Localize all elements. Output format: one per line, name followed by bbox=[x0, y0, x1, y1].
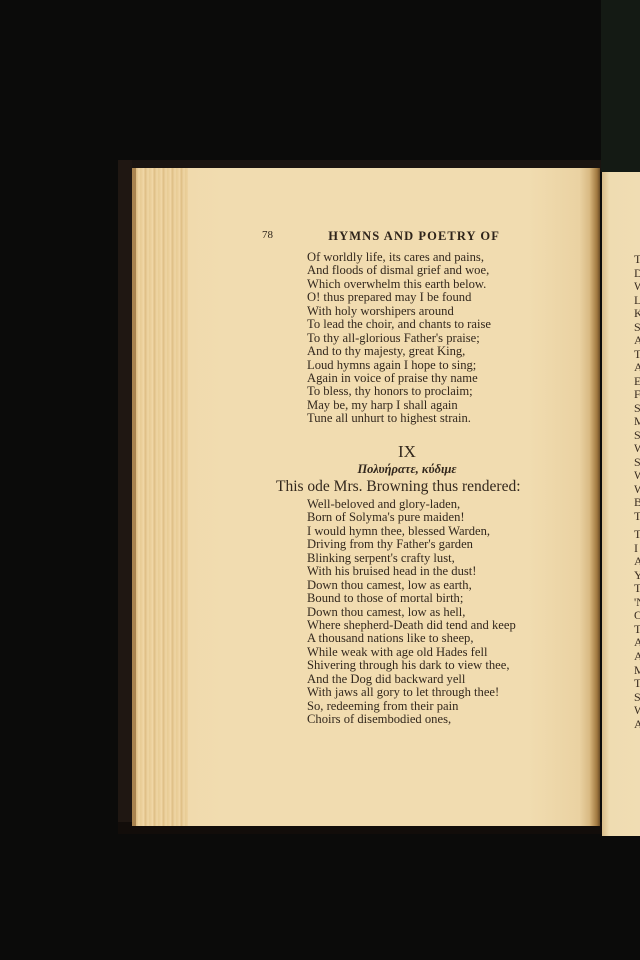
fragment-char: M bbox=[634, 415, 640, 429]
verse-line: I would hymn thee, blessed Warden, bbox=[307, 525, 516, 538]
verse-line: And to thy majesty, great King, bbox=[307, 345, 491, 358]
verse-line: Down thou camest, low as earth, bbox=[307, 579, 516, 592]
right-page-fragment-block: T I A Y T 'N O T A bbox=[634, 528, 640, 650]
verse-line: And floods of dismal grief and woe, bbox=[307, 264, 491, 277]
verse-line: Well-beloved and glory-laden, bbox=[307, 498, 516, 511]
verse-line: Shivering through his dark to view thee, bbox=[307, 659, 516, 672]
fragment-char: T bbox=[634, 623, 640, 637]
verse-line: With holy worshipers around bbox=[307, 305, 491, 318]
fragment-char: W bbox=[634, 280, 640, 294]
verse-line: Tune all unhurt to highest strain. bbox=[307, 412, 491, 425]
fragment-char: A bbox=[634, 636, 640, 650]
verse-line: With his bruised head in the dust! bbox=[307, 565, 516, 578]
verse-line: With jaws all gory to let through thee! bbox=[307, 686, 516, 699]
fragment-char: S bbox=[634, 429, 640, 443]
verse-line: And the Dog did backward yell bbox=[307, 673, 516, 686]
fragment-char: W bbox=[634, 704, 640, 718]
fragment-char: A bbox=[634, 334, 640, 348]
stanza-1: Of worldly life, its cares and pains, An… bbox=[307, 251, 491, 426]
verse-line: Loud hymns again I hope to sing; bbox=[307, 359, 491, 372]
verse-line: To bless, thy honors to proclaim; bbox=[307, 385, 491, 398]
verse-line: Choirs of disembodied ones, bbox=[307, 713, 516, 726]
verse-line: Where shepherd-Death did tend and keep bbox=[307, 619, 516, 632]
fragment-char: E bbox=[634, 375, 640, 389]
verse-line: May be, my harp I shall again bbox=[307, 399, 491, 412]
fragment-char: D bbox=[634, 267, 640, 281]
fragment-char: S bbox=[634, 456, 640, 470]
fragment-char: 'N bbox=[634, 596, 640, 610]
fragment-char: A bbox=[634, 555, 640, 569]
intro-line: This ode Mrs. Browning thus rendered: bbox=[276, 478, 521, 496]
fragment-char: W bbox=[634, 442, 640, 456]
fragment-char: T bbox=[634, 348, 640, 362]
verse-line: So, redeeming from their pain bbox=[307, 700, 516, 713]
fragment-char: S bbox=[634, 402, 640, 416]
fragment-char: K bbox=[634, 307, 640, 321]
fragment-char: T bbox=[634, 528, 640, 542]
right-page-partial: T D W L K S A T A E F S M S W S W W B T … bbox=[602, 172, 640, 836]
right-page-fragment-block: T D W L K S A T A E F S M S W S W W B T bbox=[634, 253, 640, 523]
verse-line: To thy all-glorious Father's praise; bbox=[307, 332, 491, 345]
verse-line: Driving from thy Father's garden bbox=[307, 538, 516, 551]
fragment-char: W bbox=[634, 483, 640, 497]
verse-line: O! thus prepared may I be found bbox=[307, 291, 491, 304]
section-numeral: IX bbox=[270, 442, 544, 462]
verse-line: Bound to those of mortal birth; bbox=[307, 592, 516, 605]
verse-line: Again in voice of praise thy name bbox=[307, 372, 491, 385]
fragment-char: B bbox=[634, 496, 640, 510]
fragment-char: A bbox=[634, 718, 640, 732]
book-cover-left bbox=[118, 160, 132, 832]
fragment-char: Y bbox=[634, 569, 640, 583]
fragment-char: O bbox=[634, 609, 640, 623]
fragment-char: T bbox=[634, 582, 640, 596]
verse-line: To lead the choir, and chants to raise bbox=[307, 318, 491, 331]
stanza-2: Well-beloved and glory-laden, Born of So… bbox=[307, 498, 516, 726]
fragment-char: T bbox=[634, 510, 640, 524]
fragment-char: F bbox=[634, 388, 640, 402]
fragment-char: T bbox=[634, 677, 640, 691]
fragment-char: A bbox=[634, 361, 640, 375]
running-head: HYMNS AND POETRY OF bbox=[328, 229, 500, 244]
book-gutter bbox=[590, 168, 600, 826]
fragment-char: W bbox=[634, 469, 640, 483]
fragment-char: S bbox=[634, 321, 640, 335]
fragment-char: L bbox=[634, 294, 640, 308]
verse-line: Which overwhelm this earth below. bbox=[307, 278, 491, 291]
greek-title: Πολυήρατε, κύδιμε bbox=[270, 462, 544, 477]
verse-line: Of worldly life, its cares and pains, bbox=[307, 251, 491, 264]
fragment-char: M bbox=[634, 664, 640, 678]
verse-line: Blinking serpent's crafty lust, bbox=[307, 552, 516, 565]
page-number: 78 bbox=[262, 229, 273, 241]
verse-line: A thousand nations like to sheep, bbox=[307, 632, 516, 645]
fragment-char: I bbox=[634, 542, 640, 556]
verse-line: Born of Solyma's pure maiden! bbox=[307, 511, 516, 524]
page-header: 78 HYMNS AND POETRY OF bbox=[262, 229, 500, 245]
verse-line: While weak with age old Hades fell bbox=[307, 646, 516, 659]
right-page-fragment-block: A M T S W A bbox=[634, 650, 640, 731]
page-edges-stack bbox=[132, 168, 188, 826]
page-edge-shadow bbox=[132, 168, 136, 826]
verse-line: Down thou camest, low as hell, bbox=[307, 606, 516, 619]
fragment-char: T bbox=[634, 253, 640, 267]
fragment-char: A bbox=[634, 650, 640, 664]
fragment-char: S bbox=[634, 691, 640, 705]
right-cover-board bbox=[601, 0, 640, 172]
